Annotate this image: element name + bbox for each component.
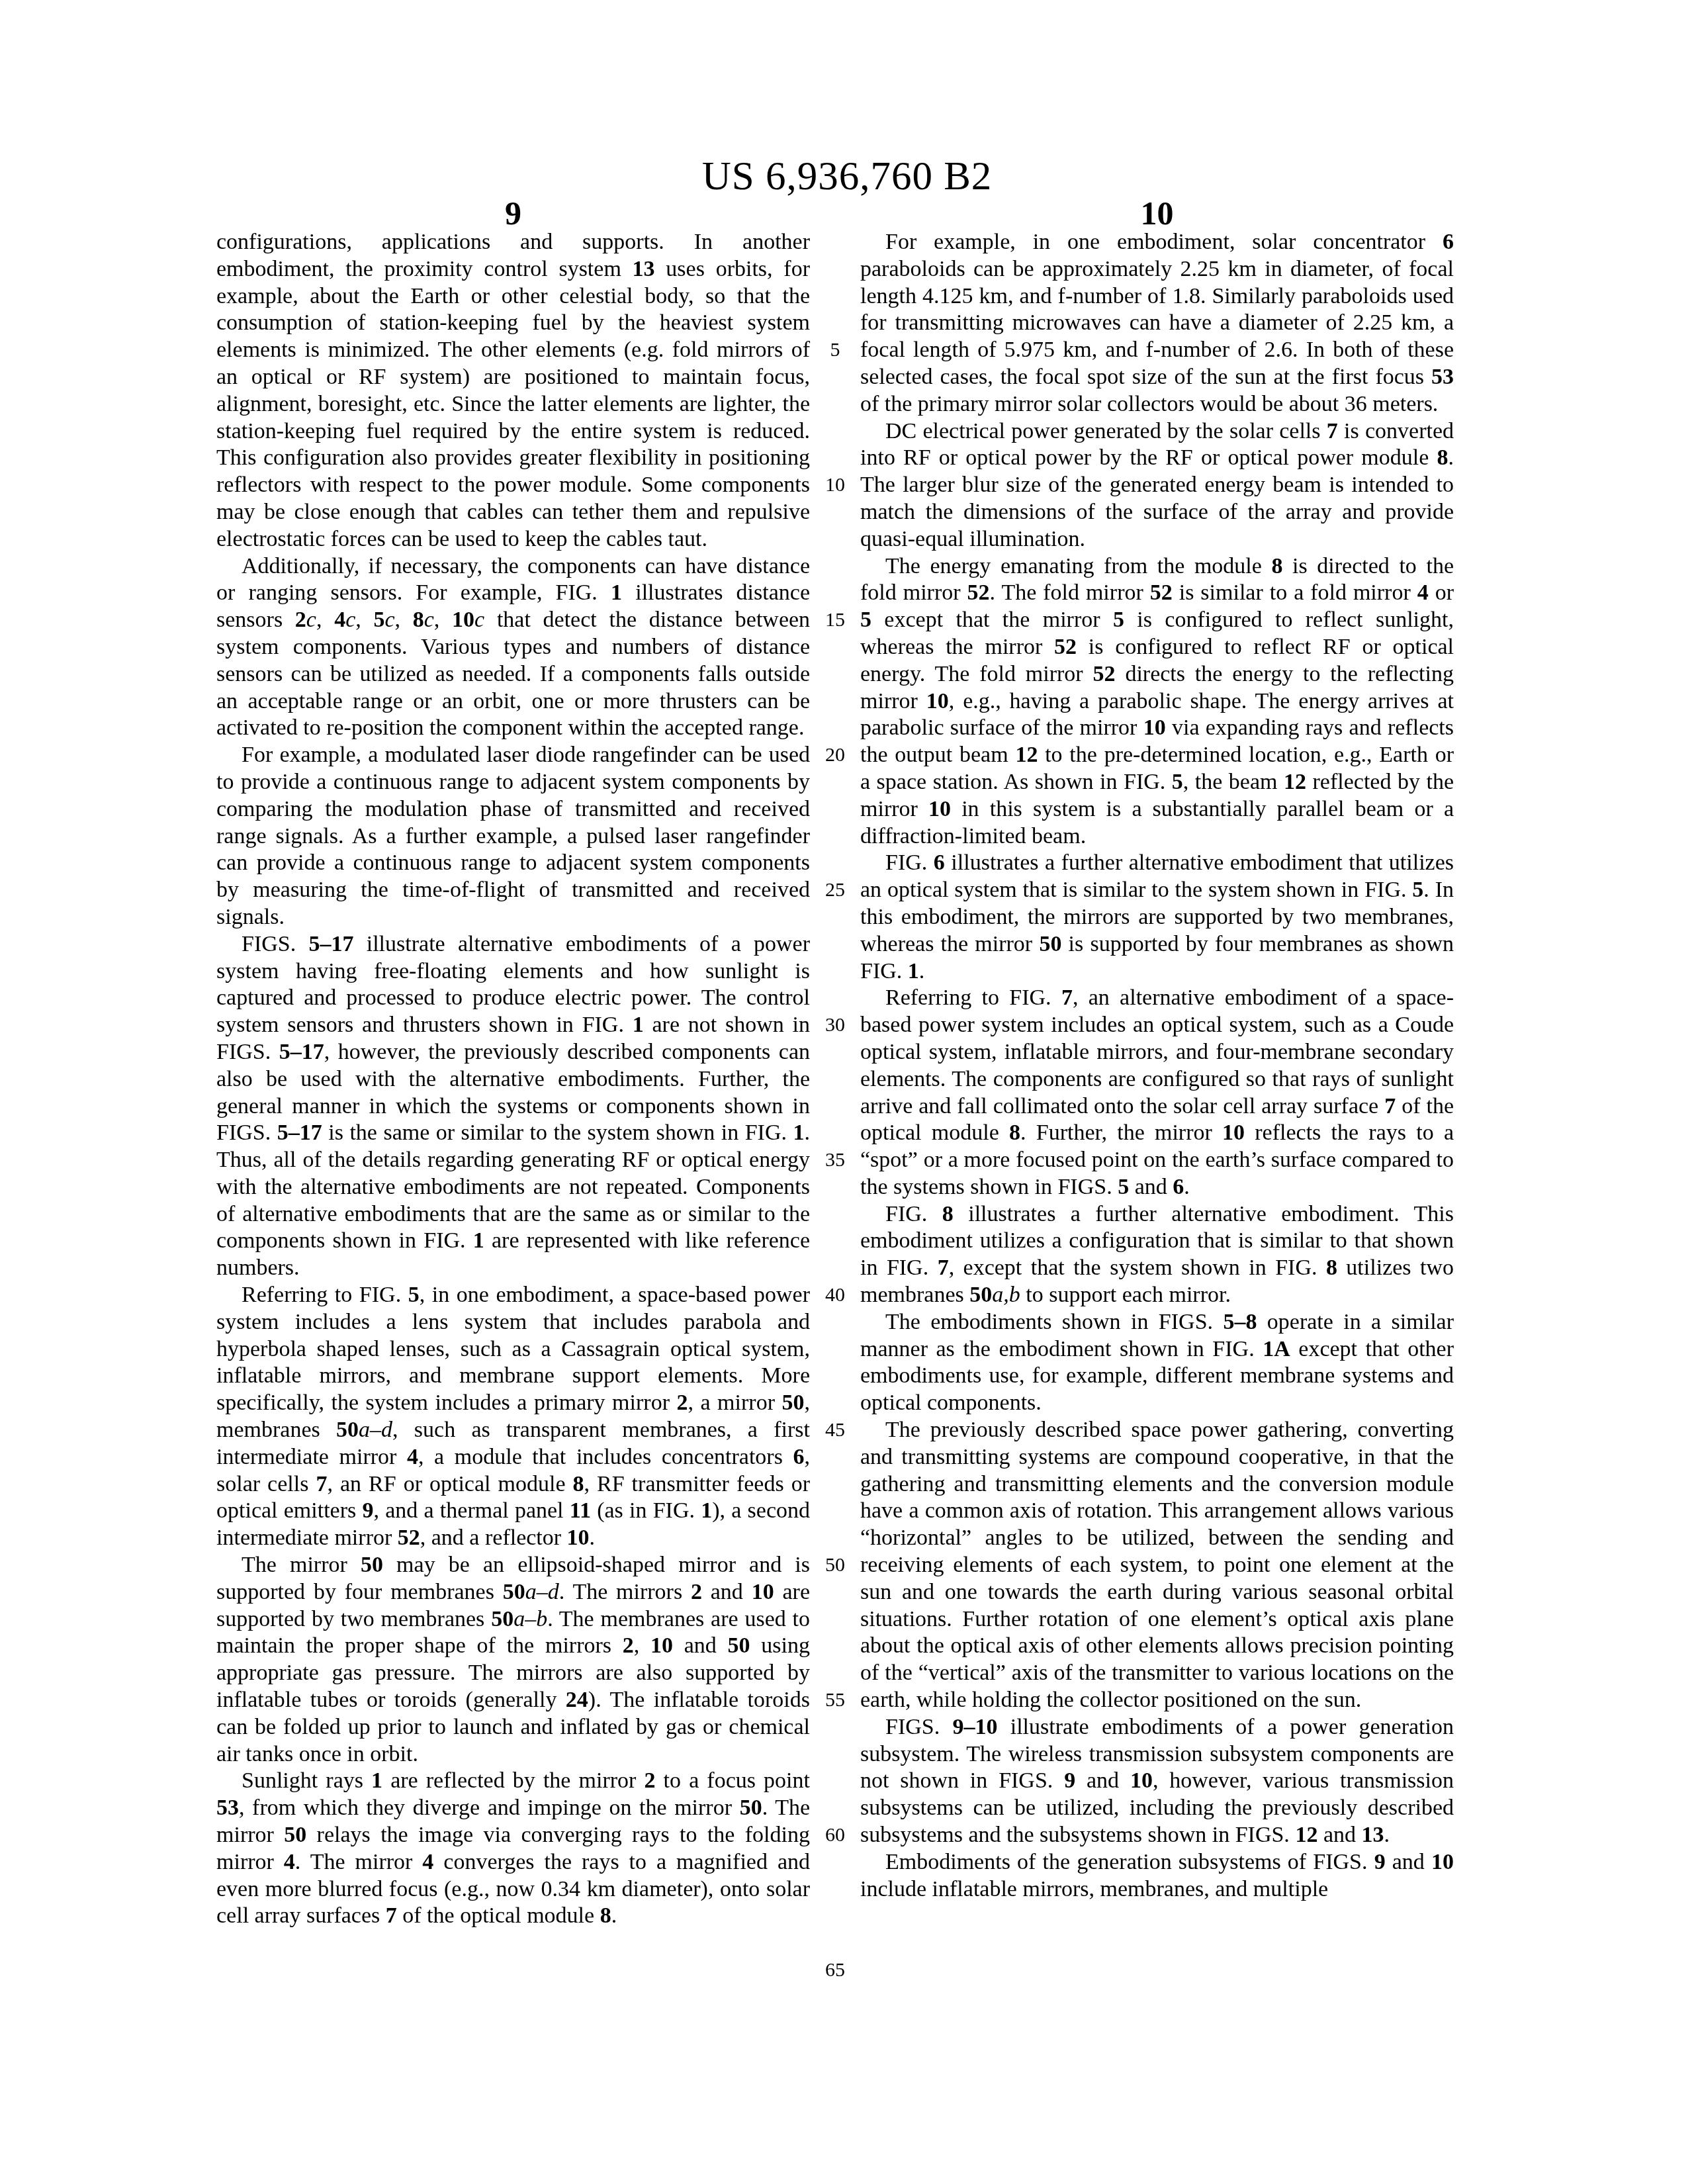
paragraph: The embodiments shown in FIGS. 5–8 opera… xyxy=(860,1309,1454,1417)
paragraph: The previously described space power gat… xyxy=(860,1417,1454,1714)
paragraph: For example, in one embodiment, solar co… xyxy=(860,229,1454,418)
paragraph: Referring to FIG. 7, an alternative embo… xyxy=(860,985,1454,1201)
line-number: 65 xyxy=(810,1957,860,1984)
paragraph: For example, a modulated laser diode ran… xyxy=(216,742,810,931)
column-right-text: For example, in one embodiment, solar co… xyxy=(860,229,1454,1903)
line-number: 60 xyxy=(810,1822,860,1849)
paragraph: The energy emanating from the module 8 i… xyxy=(860,553,1454,850)
patent-number: US 6,936,760 B2 xyxy=(0,154,1694,200)
paragraph: FIGS. 5–17 illustrate alternative embodi… xyxy=(216,931,810,1282)
paragraph: The mirror 50 may be an ellipsoid-shaped… xyxy=(216,1552,810,1768)
line-number: 40 xyxy=(810,1282,860,1309)
paragraph: configurations, applications and support… xyxy=(216,229,810,553)
paragraph: Embodiments of the generation subsystems… xyxy=(860,1849,1454,1903)
column-number-right: 10 xyxy=(860,194,1454,232)
line-number: 10 xyxy=(810,472,860,499)
column-left-text: configurations, applications and support… xyxy=(216,229,810,1930)
line-number: 50 xyxy=(810,1552,860,1579)
line-number-gutter: 5101520253035404550556065 xyxy=(810,229,860,2069)
page-body: configurations, applications and support… xyxy=(216,229,1454,2069)
line-number: 20 xyxy=(810,742,860,769)
paragraph: FIGS. 9–10 illustrate embodiments of a p… xyxy=(860,1714,1454,1849)
line-number: 45 xyxy=(810,1417,860,1444)
line-number: 5 xyxy=(810,337,860,364)
line-number: 30 xyxy=(810,1012,860,1039)
line-number: 25 xyxy=(810,877,860,904)
line-number: 15 xyxy=(810,607,860,634)
paragraph: FIG. 6 illustrates a further alternative… xyxy=(860,850,1454,985)
patent-page: US 6,936,760 B2 9 10 configurations, app… xyxy=(0,0,1694,2184)
line-number: 55 xyxy=(810,1687,860,1714)
paragraph: Sunlight rays 1 are reflected by the mir… xyxy=(216,1768,810,1930)
paragraph: DC electrical power generated by the sol… xyxy=(860,418,1454,553)
line-number: 35 xyxy=(810,1147,860,1174)
paragraph: Additionally, if necessary, the componen… xyxy=(216,553,810,743)
paragraph: Referring to FIG. 5, in one embodiment, … xyxy=(216,1282,810,1552)
paragraph: FIG. 8 illustrates a further alternative… xyxy=(860,1201,1454,1309)
column-number-left: 9 xyxy=(216,194,810,232)
